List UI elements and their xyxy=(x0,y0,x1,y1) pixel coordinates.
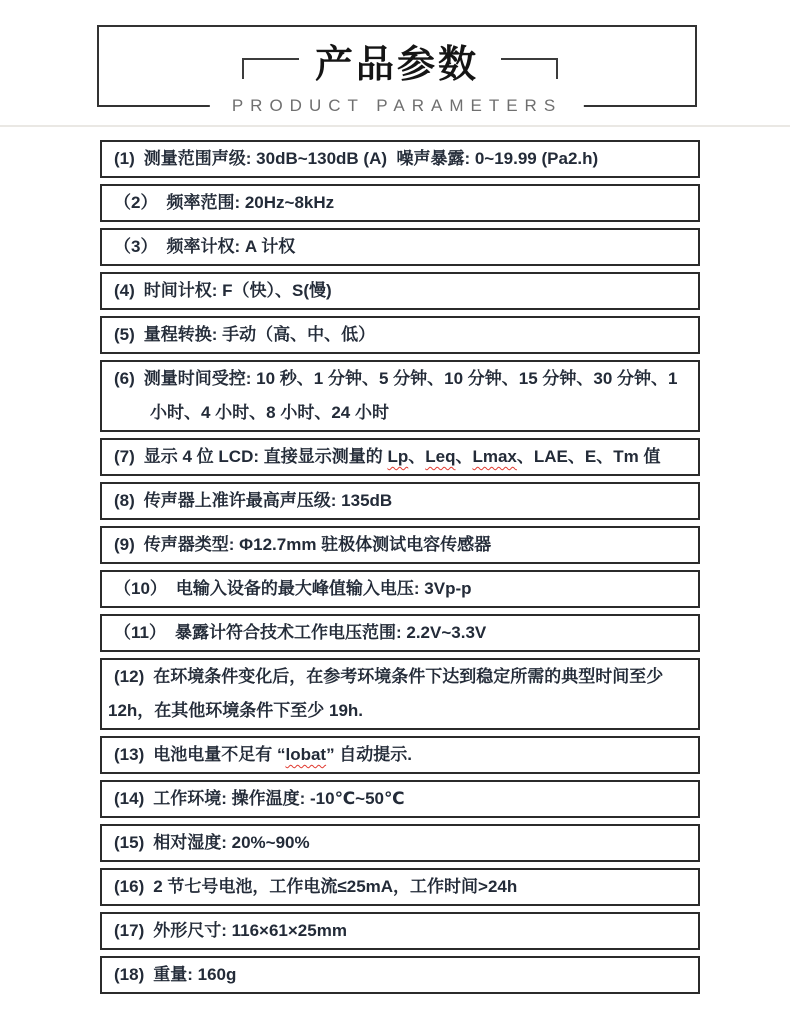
misspelled-word: lobat xyxy=(285,745,326,764)
row-text: 重量: 160g xyxy=(153,965,236,984)
table-row: (18)重量: 160g xyxy=(100,956,700,994)
row-line: （3）频率计权: A 计权 xyxy=(114,235,686,259)
page-subtitle: PRODUCT PARAMETERS xyxy=(210,94,584,118)
misspelled-word: Lmax xyxy=(472,447,516,466)
table-row: (5)量程转换: 手动（高、中、低） xyxy=(100,316,700,354)
row-text: 在环境条件变化后，在参考环境条件下达到稳定所需的典型时间至少 xyxy=(153,667,663,686)
table-row: (12)在环境条件变化后，在参考环境条件下达到稳定所需的典型时间至少12h，在其… xyxy=(100,658,700,730)
row-text: 、 xyxy=(408,447,425,466)
row-text: 频率计权: A 计权 xyxy=(166,237,295,256)
row-text: 、LAE、E、Tm 值 xyxy=(517,447,661,466)
row-text: 频率范围: 20Hz~8kHz xyxy=(166,193,334,212)
row-text: 电池电量不足有 “ xyxy=(153,745,285,764)
row-text: 、 xyxy=(455,447,472,466)
table-row: (8)传声器上准许最高声压级: 135dB xyxy=(100,482,700,520)
table-row: (13)电池电量不足有 “lobat” 自动提示. xyxy=(100,736,700,774)
row-line: (6)测量时间受控: 10 秒、1 分钟、5 分钟、10 分钟、15 分钟、30… xyxy=(114,367,686,391)
row-number: （10） xyxy=(114,579,167,598)
misspelled-word: Lp xyxy=(387,447,408,466)
row-text: 传声器上准许最高声压级: 135dB xyxy=(144,491,392,510)
row-number: (16) xyxy=(114,877,144,896)
table-row: (17)外形尺寸: 116×61×25mm xyxy=(100,912,700,950)
row-line: （2）频率范围: 20Hz~8kHz xyxy=(114,191,686,215)
row-line: (9)传声器类型: Φ12.7mm 驻极体测试电容传感器 xyxy=(114,533,686,557)
row-number: (17) xyxy=(114,921,144,940)
row-line: (5)量程转换: 手动（高、中、低） xyxy=(114,323,686,347)
table-row: （2）频率范围: 20Hz~8kHz xyxy=(100,184,700,222)
table-row: (9)传声器类型: Φ12.7mm 驻极体测试电容传感器 xyxy=(100,526,700,564)
row-number: （11） xyxy=(114,623,166,642)
row-line: （11）暴露计符合技术工作电压范围: 2.2V~3.3V xyxy=(114,621,686,645)
row-text: 时间计权: F（快）、S(慢) xyxy=(144,281,332,300)
row-line: (4)时间计权: F（快）、S(慢) xyxy=(114,279,686,303)
row-number: (1) xyxy=(114,149,135,168)
table-row: (1)测量范围声级: 30dB~130dB (A) 噪声暴露: 0~19.99 … xyxy=(100,140,700,178)
row-number: (13) xyxy=(114,745,144,764)
row-number: (9) xyxy=(114,535,135,554)
row-number: (5) xyxy=(114,325,135,344)
page-title: 产品参数 xyxy=(99,44,695,86)
misspelled-word: Leq xyxy=(425,447,455,466)
row-text: 小时、4 小时、8 小时、24 小时 xyxy=(150,403,389,422)
row-number: (7) xyxy=(114,447,135,466)
row-line: (7)显示 4 位 LCD: 直接显示测量的 Lp、Leq、Lmax、LAE、E… xyxy=(114,445,686,469)
row-line: (1)测量范围声级: 30dB~130dB (A) 噪声暴露: 0~19.99 … xyxy=(114,147,686,171)
table-row: (14)工作环境: 操作温度: -10℃~50℃ xyxy=(100,780,700,818)
row-text: 外形尺寸: 116×61×25mm xyxy=(153,921,347,940)
row-line: (14)工作环境: 操作温度: -10℃~50℃ xyxy=(114,787,686,811)
row-number: （2） xyxy=(114,193,157,212)
row-text: 12h，在其他环境条件下至少 19h. xyxy=(108,701,363,720)
row-text: 2 节七号电池，工作电流≤25mA，工作时间>24h xyxy=(153,877,517,896)
row-line: (18)重量: 160g xyxy=(114,963,686,987)
table-row: （11）暴露计符合技术工作电压范围: 2.2V~3.3V xyxy=(100,614,700,652)
row-number: (15) xyxy=(114,833,144,852)
row-text: 电输入设备的最大峰值输入电压: 3Vp-p xyxy=(176,579,472,598)
table-row: （10）电输入设备的最大峰值输入电压: 3Vp-p xyxy=(100,570,700,608)
parameters-table: (1)测量范围声级: 30dB~130dB (A) 噪声暴露: 0~19.99 … xyxy=(100,140,700,994)
page: 产品参数 PRODUCT PARAMETERS (1)测量范围声级: 30dB~… xyxy=(0,0,790,1017)
row-line: (16)2 节七号电池，工作电流≤25mA，工作时间>24h xyxy=(114,875,686,899)
table-row: (4)时间计权: F（快）、S(慢) xyxy=(100,272,700,310)
row-number: (12) xyxy=(114,667,144,686)
bracket-right-icon xyxy=(501,58,558,79)
row-number: (8) xyxy=(114,491,135,510)
row-number: (4) xyxy=(114,281,135,300)
row-text: 测量范围声级: 30dB~130dB (A) 噪声暴露: 0~19.99 (Pa… xyxy=(144,149,598,168)
row-number: (6) xyxy=(114,369,135,388)
row-continuation-line: 12h，在其他环境条件下至少 19h. xyxy=(108,699,686,723)
row-text: 量程转换: 手动（高、中、低） xyxy=(144,325,375,344)
row-text: 测量时间受控: 10 秒、1 分钟、5 分钟、10 分钟、15 分钟、30 分钟… xyxy=(144,369,678,388)
row-text: ” 自动提示. xyxy=(326,745,412,764)
row-line: (15)相对湿度: 20%~90% xyxy=(114,831,686,855)
row-line: (17)外形尺寸: 116×61×25mm xyxy=(114,919,686,943)
row-number: (18) xyxy=(114,965,144,984)
table-row: (6)测量时间受控: 10 秒、1 分钟、5 分钟、10 分钟、15 分钟、30… xyxy=(100,360,700,432)
row-number: (14) xyxy=(114,789,144,808)
separator-line xyxy=(0,125,790,127)
header-box: 产品参数 PRODUCT PARAMETERS xyxy=(97,25,697,107)
row-line: (13)电池电量不足有 “lobat” 自动提示. xyxy=(114,743,686,767)
row-text: 显示 4 位 LCD: 直接显示测量的 xyxy=(144,447,388,466)
row-text: 暴露计符合技术工作电压范围: 2.2V~3.3V xyxy=(175,623,486,642)
table-row: (7)显示 4 位 LCD: 直接显示测量的 Lp、Leq、Lmax、LAE、E… xyxy=(100,438,700,476)
table-row: (15)相对湿度: 20%~90% xyxy=(100,824,700,862)
table-row: (16)2 节七号电池，工作电流≤25mA，工作时间>24h xyxy=(100,868,700,906)
row-line: (8)传声器上准许最高声压级: 135dB xyxy=(114,489,686,513)
row-text: 相对湿度: 20%~90% xyxy=(153,833,309,852)
row-number: （3） xyxy=(114,237,157,256)
row-line: （10）电输入设备的最大峰值输入电压: 3Vp-p xyxy=(114,577,686,601)
row-text: 工作环境: 操作温度: -10℃~50℃ xyxy=(153,789,404,808)
row-text: 传声器类型: Φ12.7mm 驻极体测试电容传感器 xyxy=(144,535,491,554)
row-continuation-line: 小时、4 小时、8 小时、24 小时 xyxy=(150,401,686,425)
row-line: (12)在环境条件变化后，在参考环境条件下达到稳定所需的典型时间至少 xyxy=(114,665,686,689)
table-row: （3）频率计权: A 计权 xyxy=(100,228,700,266)
